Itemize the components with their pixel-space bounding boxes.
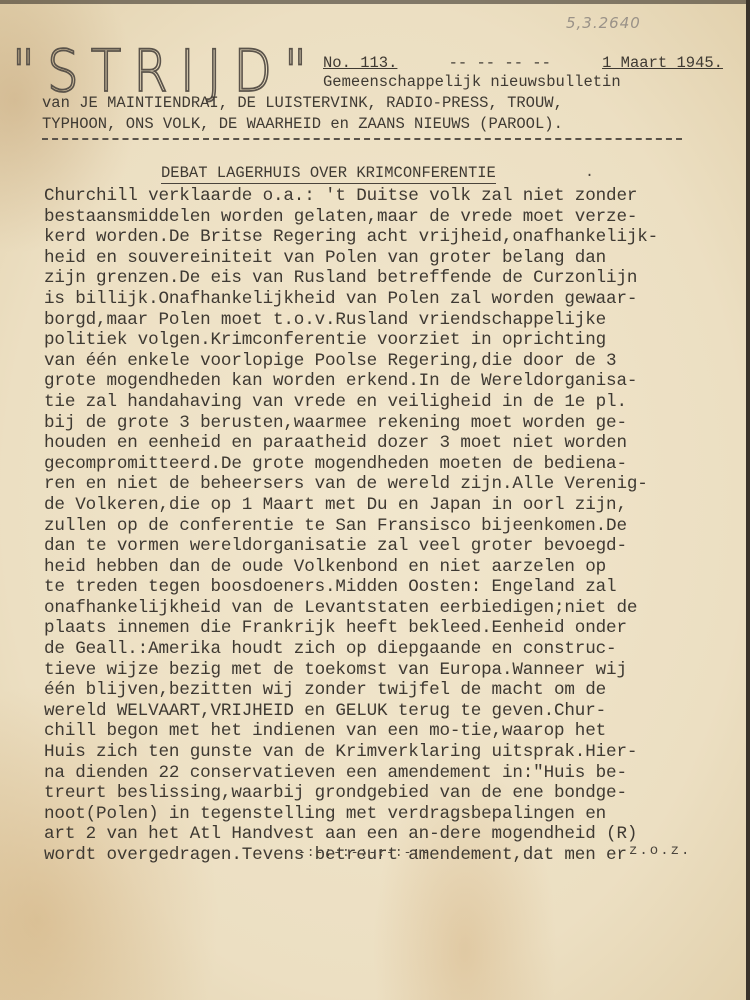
section-separator: -:-:-:-:-:-:-:- [298,845,430,860]
article-body: Churchill verklaarde o.a.: 't Duitse vol… [44,186,744,866]
masthead-sources: van JE MAINTIENDRAI, DE LUISTERVINK, RAD… [42,93,732,135]
body-line: noot(Polen) in tegenstelling met verdrag… [44,804,744,825]
body-line: gecompromitteerd.De grote mogendheden mo… [44,454,744,475]
body-line: bij de grote 3 berusten,waarmee rekening… [44,413,744,434]
body-line: de Volkeren,die op 1 Maart met Du en Jap… [44,495,744,516]
body-line: zijn grenzen.De eis van Rusland betreffe… [44,268,744,289]
body-line: zullen op de conferentie te San Fransisc… [44,516,744,537]
scan-edge-right [746,0,750,1000]
body-line: art 2 van het Atl Handvest aan een an-de… [44,824,744,845]
body-line: tie zal handahaving van vrede en veiligh… [44,392,744,413]
body-line: houden en eenheid en paraatheid dozer 3 … [44,433,744,454]
body-line: heid en souvereiniteit van Polen van gro… [44,248,744,269]
body-line: te treden tegen boosdoeners.Midden Ooste… [44,577,744,598]
body-line: heid hebben dan de oude Volkenbond en ni… [44,557,744,578]
issue-date: 1 Maart 1945. [602,54,723,72]
body-line: ren en niet de beheersers van de wereld … [44,474,744,495]
masthead-divider [42,138,682,140]
body-line: onafhankelijkheid van de Levantstaten ee… [44,598,744,619]
body-line: Huis zich ten gunste van de Krimverklari… [44,742,744,763]
body-line: kerd worden.De Britse Regering acht vrij… [44,227,744,248]
issue-line: No. 113. -- -- -- -- 1 Maart 1945. [323,54,723,72]
sources-line: van JE MAINTIENDRAI, DE LUISTERVINK, RAD… [42,93,732,114]
body-line: grote mogendheden kan worden erkend.In d… [44,371,744,392]
archive-pencil-mark: 5,3.2640 [566,14,641,32]
issue-filler: -- -- -- -- [449,54,551,72]
body-line: dan te vormen wereldorganisatie zal veel… [44,536,744,557]
body-line: Churchill verklaarde o.a.: 't Duitse vol… [44,186,744,207]
body-line: treurt beslissing,waarbij grondgebied va… [44,783,744,804]
body-line: tieve wijze bezig met de toekomst van Eu… [44,660,744,681]
body-line: is billijk.Onafhankelijkheid van Polen z… [44,289,744,310]
body-line: na dienden 22 conservatieven een amendem… [44,763,744,784]
scan-edge-top [0,0,750,4]
body-line: de Geall.:Amerika houdt zich op diepgaan… [44,639,744,660]
issue-number: No. 113. [323,54,397,72]
document-page: 5,3.2640 "STRIJD" No. 113. -- -- -- -- 1… [0,0,750,1000]
sources-line: TYPHOON, ONS VOLK, DE WAARHEID en ZAANS … [42,114,732,135]
body-line: bestaansmiddelen worden gelaten,maar de … [44,207,744,228]
masthead-subtitle: Gemeenschappelijk nieuwsbulletin [323,73,621,91]
continued-overleaf-marker: z.o.z. [629,843,691,859]
body-line: chill begon met het indienen van een mo-… [44,721,744,742]
body-line: van één enkele voorlopige Poolse Regerin… [44,351,744,372]
body-line: politiek volgen.Krimconferentie voorziet… [44,330,744,351]
body-line: wereld WELVAART,VRIJHEID en GELUK terug … [44,701,744,722]
body-line: plaats innemen die Frankrijk heeft bekle… [44,618,744,639]
headline-period: . [585,164,594,181]
body-line: borgd,maar Polen moet t.o.v.Rusland vrie… [44,310,744,331]
article-headline: DEBAT LAGERHUIS OVER KRIMCONFERENTIE [161,164,496,184]
body-line: één blijven,bezitten wij zonder twijfel … [44,680,744,701]
